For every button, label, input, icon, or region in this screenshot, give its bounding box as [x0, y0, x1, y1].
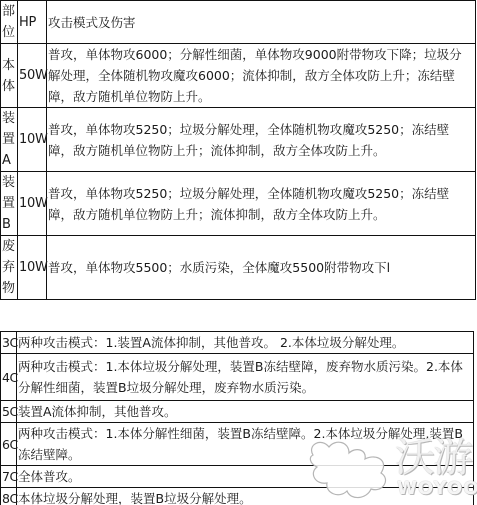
- table-row: 3C 两种攻击模式：1.装置A流体抑制，其他普攻。 2.本体垃圾分解处理。: [1, 332, 474, 354]
- round-cell: 6C: [1, 423, 17, 466]
- attack-cell: 普攻，单体物攻6000；分解性细菌，单体物攻9000附带物攻下降；垃圾分解处理，…: [47, 44, 476, 108]
- tactic-cell: 两种攻击模式：1.本体垃圾分解处理，装置B冻结壁障，废弃物水质污染。2.本体分解…: [17, 354, 474, 401]
- table-row: 5C 装置A流体抑制，其他普攻。: [1, 401, 474, 423]
- round-cell: 7C: [1, 466, 17, 488]
- hp-cell: 10W: [18, 108, 47, 172]
- table-header-row: 部位 HP 攻击模式及伤害: [1, 1, 476, 44]
- part-cell: 本体: [1, 44, 18, 108]
- part-cell: 废弃物: [1, 236, 18, 300]
- table-row: 装置B 10W 普攻，单体物攻5250；垃圾分解处理，全体随机物攻魔攻5250；…: [1, 172, 476, 236]
- header-part: 部位: [1, 1, 18, 44]
- hp-cell: 10W: [18, 172, 47, 236]
- boss-stats-table: 部位 HP 攻击模式及伤害 本体 50W 普攻，单体物攻6000；分解性细菌，单…: [0, 0, 476, 300]
- round-tactics-table: 3C 两种攻击模式：1.装置A流体抑制，其他普攻。 2.本体垃圾分解处理。 4C…: [0, 331, 474, 505]
- attack-cell: 普攻，单体物攻5250；垃圾分解处理，全体随机物攻魔攻5250；冻结壁障，敌方随…: [47, 108, 476, 172]
- header-hp: HP: [18, 1, 47, 44]
- table-row: 废弃物 10W 普攻，单体物攻5500；水质污染，全体魔攻5500附带物攻下l: [1, 236, 476, 300]
- attack-cell: 普攻，单体物攻5250；垃圾分解处理，全体随机物攻魔攻5250；冻结壁障，敌方随…: [47, 172, 476, 236]
- tactic-cell: 装置A流体抑制，其他普攻。: [17, 401, 474, 423]
- round-cell: 8C: [1, 488, 17, 505]
- round-cell: 5C: [1, 401, 17, 423]
- hp-cell: 10W: [18, 236, 47, 300]
- tactic-cell: 本体垃圾分解处理，装置B垃圾分解处理。: [17, 488, 474, 505]
- tactic-cell: 全体普攻。: [17, 466, 474, 488]
- table-row: 装置A 10W 普攻，单体物攻5250；垃圾分解处理，全体随机物攻魔攻5250；…: [1, 108, 476, 172]
- part-cell: 装置A: [1, 108, 18, 172]
- header-attack: 攻击模式及伤害: [47, 1, 476, 44]
- table-row: 4C 两种攻击模式：1.本体垃圾分解处理，装置B冻结壁障，废弃物水质污染。2.本…: [1, 354, 474, 401]
- round-cell: 4C: [1, 354, 17, 401]
- tactic-cell: 两种攻击模式：1.装置A流体抑制，其他普攻。 2.本体垃圾分解处理。: [17, 332, 474, 354]
- attack-cell: 普攻，单体物攻5500；水质污染，全体魔攻5500附带物攻下l: [47, 236, 476, 300]
- table-row: 7C 全体普攻。: [1, 466, 474, 488]
- hp-cell: 50W: [18, 44, 47, 108]
- table-row: 8C 本体垃圾分解处理，装置B垃圾分解处理。: [1, 488, 474, 505]
- part-cell: 装置B: [1, 172, 18, 236]
- table-row: 本体 50W 普攻，单体物攻6000；分解性细菌，单体物攻9000附带物攻下降；…: [1, 44, 476, 108]
- tactic-cell: 两种攻击模式：1.本体分解性细菌，装置B冻结壁障。2.本体垃圾分解处理,装置B冻…: [17, 423, 474, 466]
- table-row: 6C 两种攻击模式：1.本体分解性细菌，装置B冻结壁障。2.本体垃圾分解处理,装…: [1, 423, 474, 466]
- round-cell: 3C: [1, 332, 17, 354]
